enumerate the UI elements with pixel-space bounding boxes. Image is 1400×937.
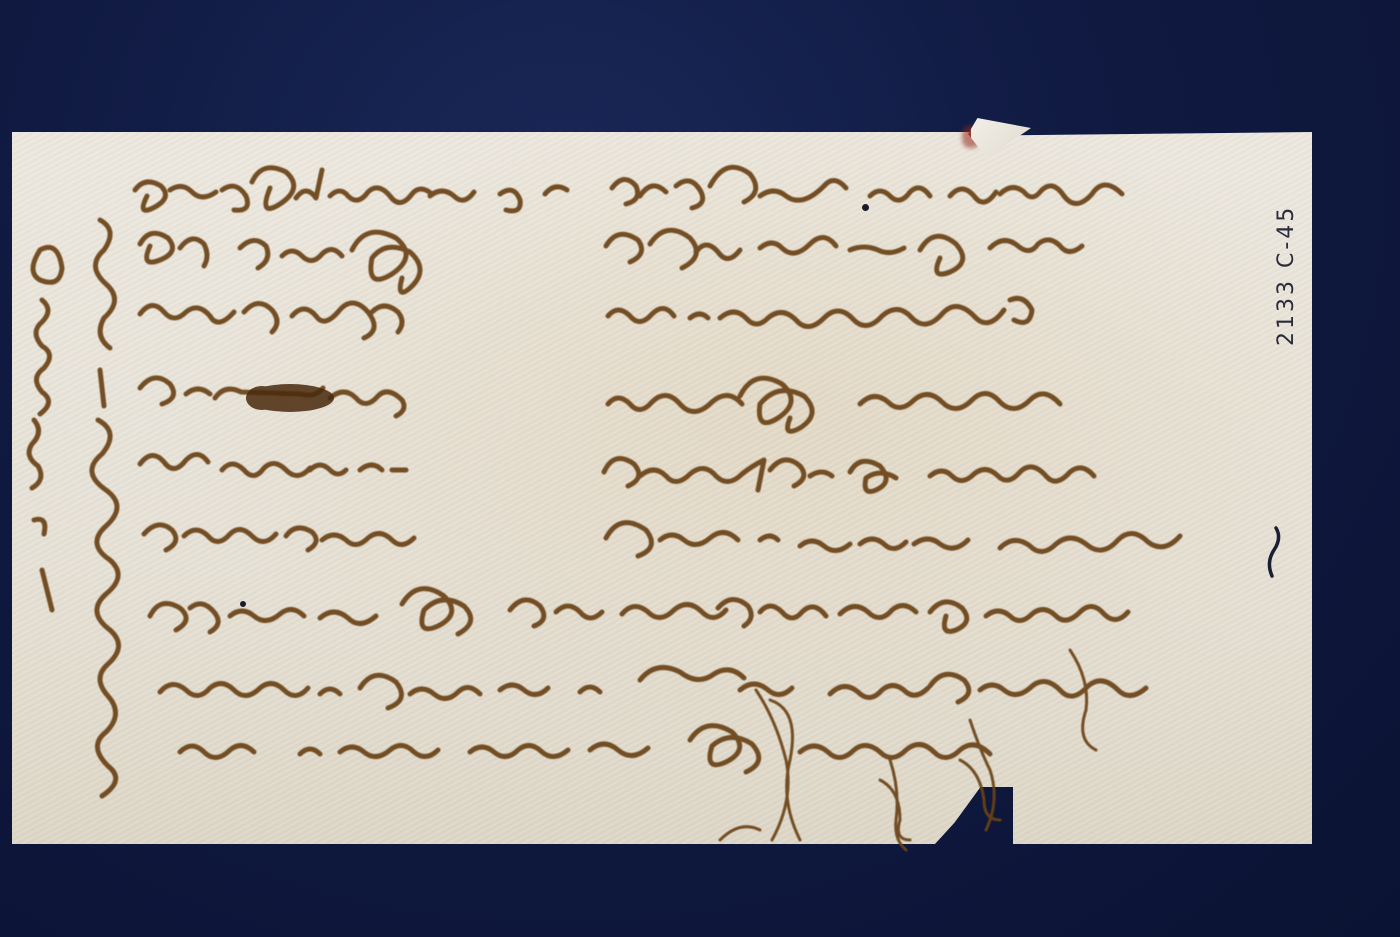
text-line-1	[135, 167, 1122, 211]
text-line-6	[144, 523, 1180, 556]
handwriting-layer	[0, 0, 1400, 937]
text-line-3	[140, 298, 1032, 338]
bracket-mark	[1262, 524, 1282, 580]
text-line-7	[150, 589, 1128, 634]
text-line-5	[140, 454, 1094, 491]
text-line-9	[180, 726, 990, 772]
text-line-8	[160, 668, 1146, 709]
ink-blot	[246, 384, 334, 412]
margin-vertical-text	[29, 220, 118, 796]
text-line-2	[140, 230, 1082, 292]
catalog-number: 2133 C-45	[1272, 150, 1302, 400]
